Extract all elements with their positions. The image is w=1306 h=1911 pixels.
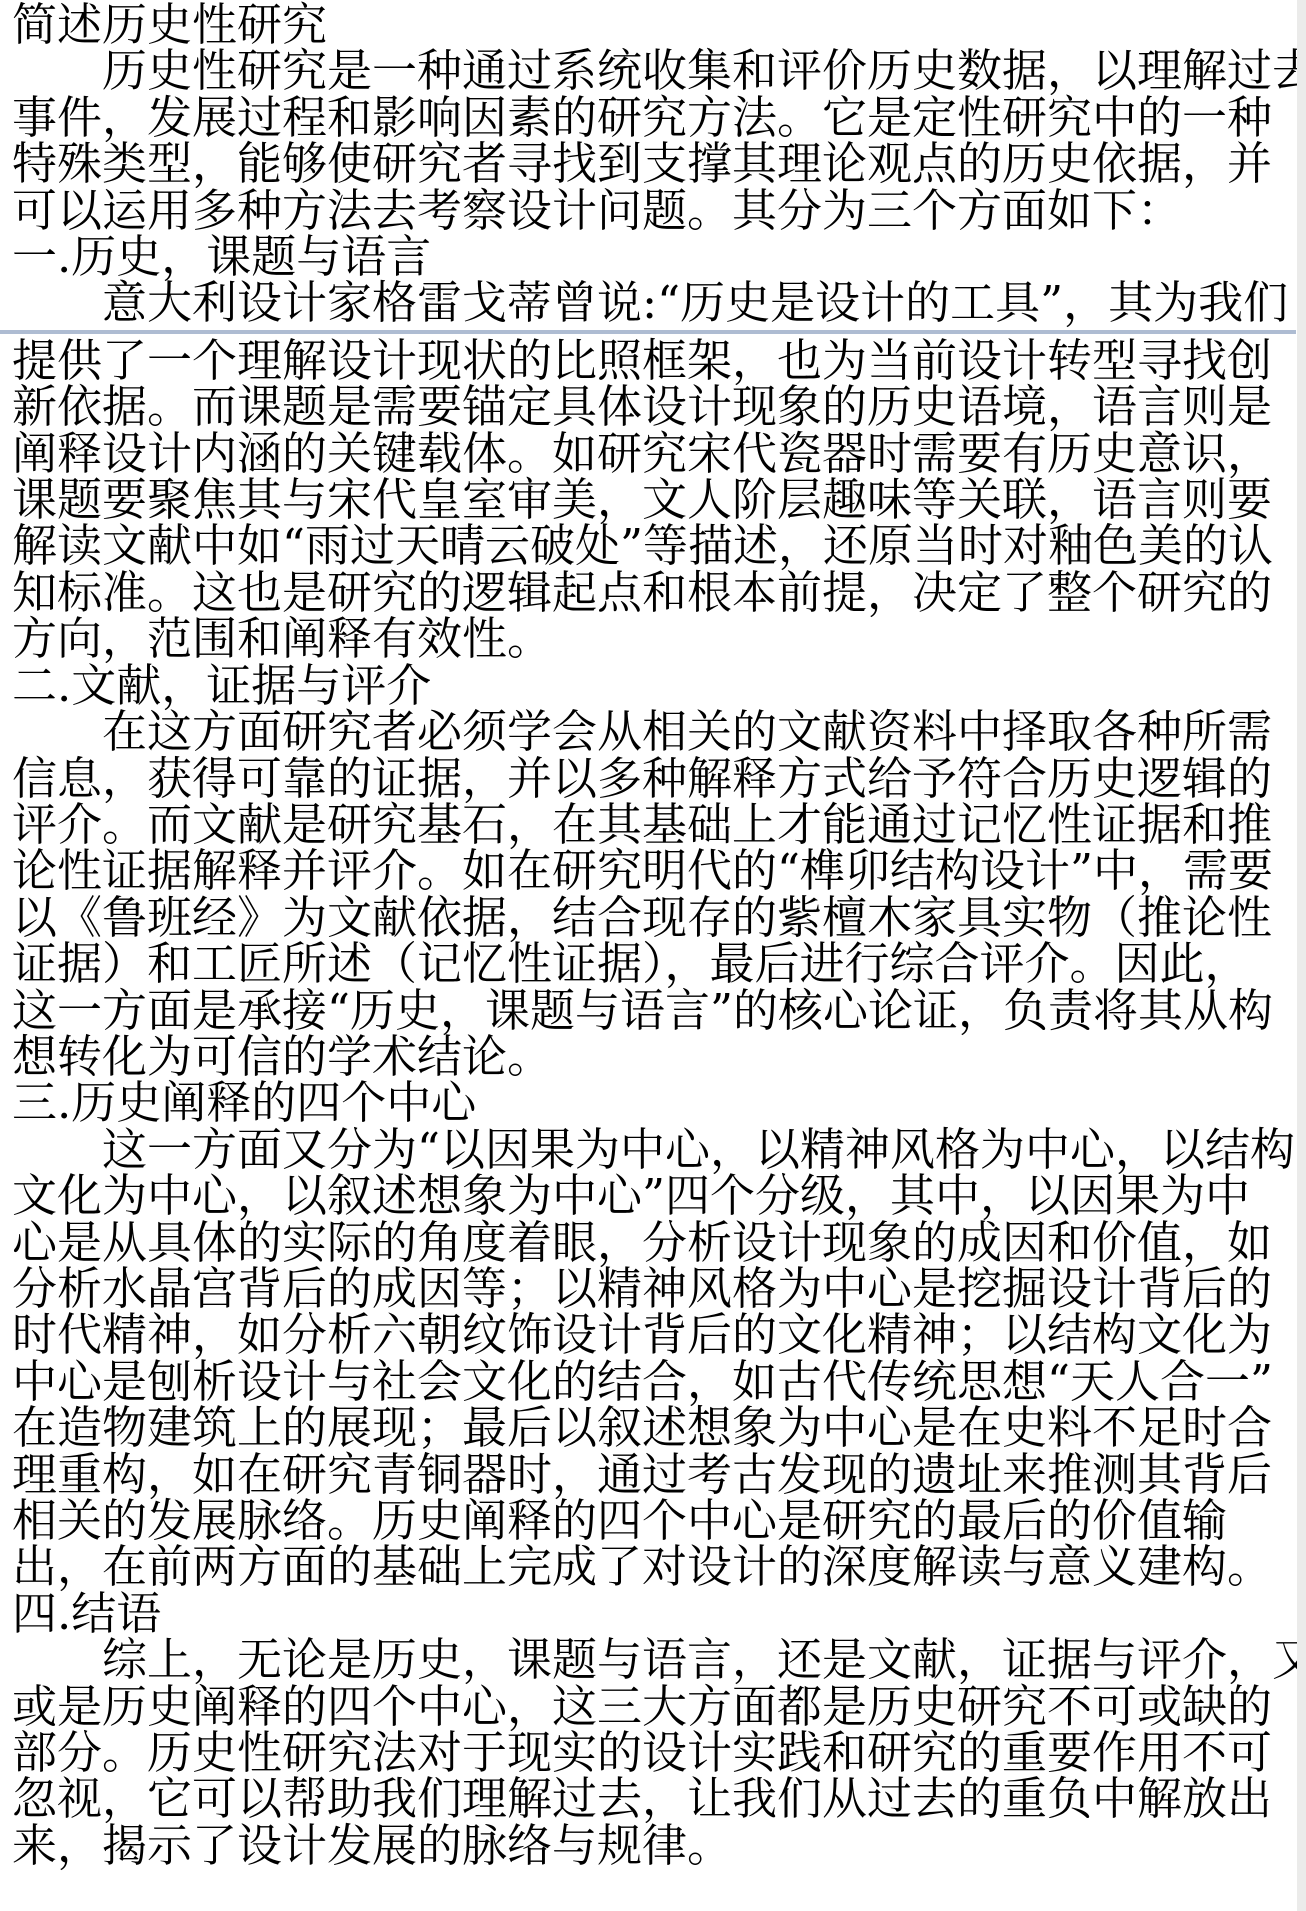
text-line: 中心是刨析设计与社会文化的结合，如古代传统思想“天人合一” bbox=[12, 1359, 1288, 1405]
text-line: 特殊类型，能够使研究者寻找到支撑其理论观点的历史依据，并 bbox=[12, 141, 1288, 187]
text-line: 综上，无论是历史，课题与语言，还是文献，证据与评介，又 bbox=[12, 1637, 1288, 1683]
text-line: 论性证据解释并评介。如在研究明代的“榫卯结构设计”中，需要 bbox=[12, 848, 1288, 894]
text-line: 来，揭示了设计发展的脉络与规律。 bbox=[12, 1823, 1288, 1869]
text-line: 可以运用多种方法去考察设计问题。其分为三个方面如下： bbox=[12, 188, 1288, 234]
text-line: 信息，获得可靠的证据，并以多种解释方式给予符合历史逻辑的 bbox=[12, 756, 1288, 802]
text-line: 以《鲁班经》为文献依据，结合现存的紫檀木家具实物（推论性 bbox=[12, 895, 1288, 941]
text-line: 文化为中心，以叙述想象为中心”四个分级，其中，以因果为中 bbox=[12, 1173, 1288, 1219]
text-line: 提供了一个理解设计现状的比照框架，也为当前设计转型寻找创 bbox=[12, 338, 1288, 384]
page-1-text-block: 简述历史性研究 历史性研究是一种通过系统收集和评价历史数据，以理解过去事件，发展… bbox=[12, 2, 1288, 327]
text-line: 一.历史，课题与语言 bbox=[12, 234, 1288, 280]
document-content: 简述历史性研究 历史性研究是一种通过系统收集和评价历史数据，以理解过去事件，发展… bbox=[12, 2, 1288, 1869]
text-line: 知标准。这也是研究的逻辑起点和根本前提，决定了整个研究的 bbox=[12, 570, 1288, 616]
text-line: 这一方面又分为“以因果为中心，以精神风格为中心，以结构 bbox=[12, 1127, 1288, 1173]
text-line: 或是历史阐释的四个中心，这三大方面都是历史研究不可或缺的 bbox=[12, 1684, 1288, 1730]
text-line: 想转化为可信的学术结论。 bbox=[12, 1034, 1288, 1080]
text-line: 三.历史阐释的四个中心 bbox=[12, 1080, 1288, 1126]
text-line: 评介。而文献是研究基石，在其基础上才能通过记忆性证据和推 bbox=[12, 802, 1288, 848]
text-line: 简述历史性研究 bbox=[12, 2, 1288, 48]
text-line: 这一方面是承接“历史，课题与语言”的核心论证，负责将其从构 bbox=[12, 988, 1288, 1034]
text-line: 出，在前两方面的基础上完成了对设计的深度解读与意义建构。 bbox=[12, 1544, 1288, 1590]
text-line: 在这方面研究者必须学会从相关的文献资料中择取各种所需 bbox=[12, 709, 1288, 755]
text-line: 证据）和工匠所述（记忆性证据），最后进行综合评介。因此， bbox=[12, 941, 1288, 987]
text-line: 阐释设计内涵的关键载体。如研究宋代瓷器时需要有历史意识， bbox=[12, 431, 1288, 477]
text-line: 相关的发展脉络。历史阐释的四个中心是研究的最后的价值输 bbox=[12, 1498, 1288, 1544]
text-line: 方向，范围和阐释有效性。 bbox=[12, 616, 1288, 662]
right-edge-gutter bbox=[1297, 0, 1306, 1911]
text-line: 时代精神，如分析六朝纹饰设计背后的文化精神；以结构文化为 bbox=[12, 1312, 1288, 1358]
document-viewport: { "colors": { "page_background": "#fffff… bbox=[0, 0, 1306, 1911]
text-line: 心是从具体的实际的角度着眼，分析设计现象的成因和价值，如 bbox=[12, 1220, 1288, 1266]
text-line: 部分。历史性研究法对于现实的设计实践和研究的重要作用不可 bbox=[12, 1730, 1288, 1776]
text-line: 事件，发展过程和影响因素的研究方法。它是定性研究中的一种 bbox=[12, 95, 1288, 141]
text-line: 课题要聚焦其与宋代皇室审美，文人阶层趣味等关联，语言则要 bbox=[12, 477, 1288, 523]
text-line: 理重构，如在研究青铜器时，通过考古发现的遗址来推测其背后 bbox=[12, 1452, 1288, 1498]
text-line: 意大利设计家格雷戈蒂曾说:“历史是设计的工具”，其为我们 bbox=[12, 280, 1288, 326]
text-line: 历史性研究是一种通过系统收集和评价历史数据，以理解过去 bbox=[12, 48, 1288, 94]
page-2-text-block: 提供了一个理解设计现状的比照框架，也为当前设计转型寻找创新依据。而课题是需要锚定… bbox=[12, 338, 1288, 1869]
text-line: 新依据。而课题是需要锚定具体设计现象的历史语境，语言则是 bbox=[12, 384, 1288, 430]
text-line: 分析水晶宫背后的成因等；以精神风格为中心是挖掘设计背后的 bbox=[12, 1266, 1288, 1312]
text-line: 二.文献，证据与评介 bbox=[12, 663, 1288, 709]
text-line: 四.结语 bbox=[12, 1591, 1288, 1637]
text-line: 忽视，它可以帮助我们理解过去，让我们从过去的重负中解放出 bbox=[12, 1776, 1288, 1822]
text-line: 解读文献中如“雨过天晴云破处”等描述，还原当时对釉色美的认 bbox=[12, 523, 1288, 569]
text-line: 在造物建筑上的展现；最后以叙述想象为中心是在史料不足时合 bbox=[12, 1405, 1288, 1451]
